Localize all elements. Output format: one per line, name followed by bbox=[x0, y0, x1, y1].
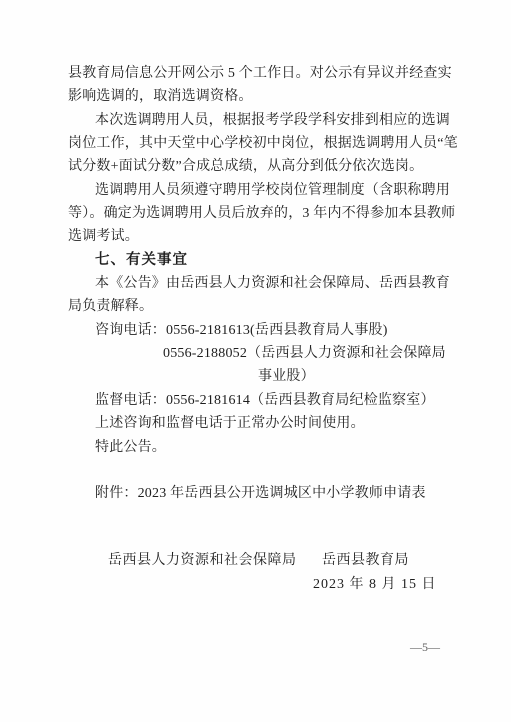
text-line: 试分数+面试分数”合成总成绩，从高分到低分依次选岗。 bbox=[68, 155, 443, 178]
text-line: 附件：2023 年岳西县公开选调城区中小学教师申请表 bbox=[68, 482, 443, 505]
text-line: 本《公告》由岳西县人力资源和社会保障局、岳西县教育 bbox=[68, 272, 443, 295]
signature-org-hr-bureau: 岳西县人力资源和社会保障局 bbox=[108, 549, 297, 572]
text-line: 等）。确定为选调聘用人员后放弃的，3 年内不得参加本县教师 bbox=[68, 202, 443, 225]
text-line: 咨询电话：0556-2181613(岳西县教育局人事股) bbox=[68, 319, 443, 342]
text-line: 选调考试。 bbox=[68, 225, 443, 248]
text-line: 局负责解释。 bbox=[68, 295, 443, 318]
text-line: 县教育局信息公开网公示 5 个工作日。对公示有异议并经查实 bbox=[68, 62, 443, 85]
section-heading: 七、有关事宜 bbox=[68, 249, 443, 272]
document-lines: 县教育局信息公开网公示 5 个工作日。对公示有异议并经查实影响选调的，取消选调资… bbox=[68, 62, 443, 506]
text-line: 特此公告。 bbox=[68, 436, 443, 459]
text-line: 选调聘用人员须遵守聘用学校岗位管理制度（含职称聘用 bbox=[68, 179, 443, 202]
signature-org-education-bureau: 岳西县教育局 bbox=[322, 549, 409, 572]
text-line: 0556-2188052（岳西县人力资源和社会保障局 bbox=[68, 342, 443, 365]
text-line: 上述咨询和监督电话于正常办公时间使用。 bbox=[68, 412, 443, 435]
text-line: 岗位工作，其中天堂中心学校初中岗位，根据选调聘用人员“笔 bbox=[68, 132, 443, 155]
text-line: 事业股） bbox=[68, 365, 443, 388]
page-number: —5— bbox=[403, 640, 447, 655]
signature-date: 2023 年 8 月 15 日 bbox=[313, 573, 437, 596]
text-line: 本次选调聘用人员，根据报考学段学科安排到相应的选调 bbox=[68, 109, 443, 132]
text-line: 影响选调的，取消选调资格。 bbox=[68, 85, 443, 108]
text-line bbox=[68, 459, 443, 482]
document-page: 县教育局信息公开网公示 5 个工作日。对公示有异议并经查实影响选调的，取消选调资… bbox=[0, 0, 511, 722]
text-line: 监督电话：0556-2181614（岳西县教育局纪检监察室） bbox=[68, 389, 443, 412]
